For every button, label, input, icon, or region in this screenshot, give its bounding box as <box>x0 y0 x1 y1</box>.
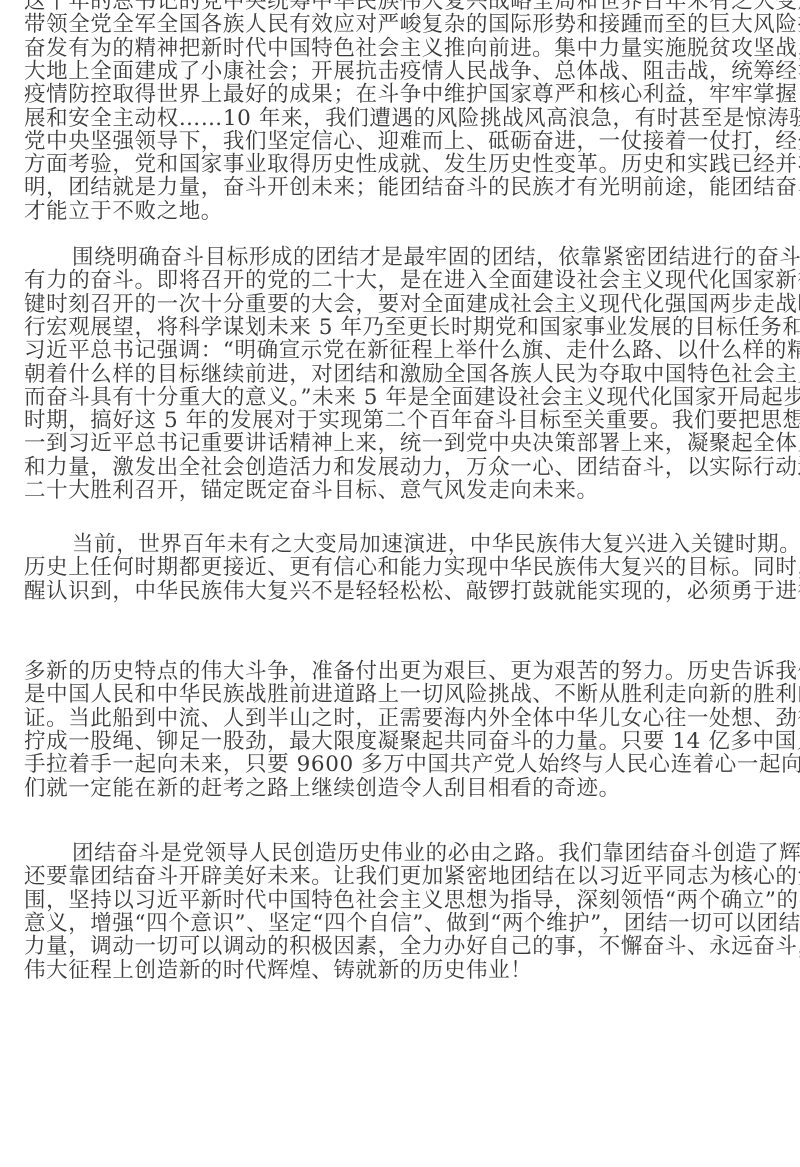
text-line: 一到习近平总书记重要讲话精神上来，统一到党中央决策部署上来，凝聚起全体人民智慧 <box>24 432 776 456</box>
text-line: 团结奋斗是党领导人民创造历史伟业的必由之路。我们靠团结奋斗创造了辉煌历史， <box>24 842 776 866</box>
text-line: 和力量，激发出全社会创造活力和发展动力，万众一心、团结奋斗，以实际行动迎接党的 <box>24 456 776 480</box>
text-line: 围绕明确奋斗目标形成的团结才是最牢固的团结，依靠紧密团结进行的奋斗才是最 <box>24 246 776 270</box>
text-line: 奋发有为的精神把新时代中国特色社会主义推向前进。集中力量实施脱贫攻坚战，在中华 <box>24 37 776 61</box>
text-line: 证。当此船到中流、人到半山之时，正需要海内外全体中华儿女心往一处想、劲往一处使， <box>24 707 776 731</box>
text-line: 键时刻召开的一次十分重要的大会，要对全面建成社会主义现代化强国两步走战略安排进 <box>24 293 776 317</box>
text-line: 伟大征程上创造新的时代辉煌、铸就新的历史伟业！ <box>24 959 532 983</box>
text-line: 有力的奋斗。即将召开的党的二十大，是在进入全面建设社会主义现代化国家新征程的关 <box>24 269 776 293</box>
text-line: 大地上全面建成了小康社会；开展抗击疫情人民战争、总体战、阻击战，统筹经济发展和 <box>24 60 776 84</box>
text-line: 多新的历史特点的伟大斗争，准备付出更为艰巨、更为艰苦的努力。历史告诉我们，团结 <box>24 660 776 684</box>
text-line: 手拉着手一起向未来，只要 9600 多万中国共产党人始终与人民心连着心一起向未来… <box>24 753 776 777</box>
text-line: 醒认识到，中华民族伟大复兴不是轻轻松松、敲锣打鼓就能实现的，必须勇于进行具有许 <box>24 580 800 604</box>
text-line: 历史上任何时期都更接近、更有信心和能力实现中华民族伟大复兴的目标。同时，我们清 <box>24 556 776 580</box>
text-line: 疫情防控取得世界上最好的成果；在斗争中维护国家尊严和核心利益，牢牢掌握了我国发 <box>24 83 776 107</box>
text-line: 党中央坚强领导下，我们坚定信心、迎难而上、砥砺奋进，一仗接着一仗打，经受住了多 <box>24 130 776 154</box>
text-line: 习近平总书记强调：“明确宣示党在新征程上举什么旗、走什么路、以什么样的精神状态、 <box>24 339 776 363</box>
text-line: 方面考验，党和国家事业取得历史性成就、发生历史性变革。历史和实践已经并将继续证 <box>24 153 776 177</box>
text-line: 力量，调动一切可以调动的积极因素，全力办好自己的事，不懈奋斗、永远奋斗，在新的 <box>24 935 776 959</box>
text-line: 而奋斗具有十分重大的意义。”未来 5 年是全面建设社会主义现代化国家开局起步的关… <box>24 386 776 410</box>
text-line: 行宏观展望，将科学谋划未来 5 年乃至更长时期党和国家事业发展的目标任务和大政方… <box>24 316 776 340</box>
text-line: 二十大胜利召开，锚定既定奋斗目标、意气风发走向未来。 <box>24 479 599 503</box>
text-line: 意义，增强“四个意识”、坚定“四个自信”、做到“两个维护”，团结一切可以团结的 <box>24 912 776 936</box>
text-line: 展和安全主动权……10 年来，我们遭遇的风险挑战风高浪急，有时甚至是惊涛骇浪，在 <box>24 107 776 131</box>
text-line: 带领全党全军全国各族人民有效应对严峻复杂的国际形势和接踵而至的巨大风险挑战，以 <box>24 13 776 37</box>
text-line: 围，坚持以习近平新时代中国特色社会主义思想为指导，深刻领悟“两个确立”的决定性 <box>24 889 776 913</box>
text-line: 们就一定能在新的赶考之路上继续创造令人刮目相看的奇迹。 <box>24 777 621 801</box>
text-line: 时期，搞好这 5 年的发展对于实现第二个百年奋斗目标至关重要。我们要把思想和行动… <box>24 409 776 433</box>
text-line: 明，团结就是力量，奋斗开创未来；能团结奋斗的民族才有光明前途，能团结奋斗的政党 <box>24 176 776 200</box>
text-line: 朝着什么样的目标继续前进，对团结和激励全国各族人民为夺取中国特色社会主义新胜利 <box>24 363 776 387</box>
text-line: 拧成一股绳、铆足一股劲，最大限度凝聚起共同奋斗的力量。只要 14 亿多中国人民始… <box>24 730 776 754</box>
text-line: 才能立于不败之地。 <box>24 200 223 224</box>
text-line: 当前，世界百年未有之大变局加速演进，中华民族伟大复兴进入关键时期。我们比 <box>24 533 776 557</box>
text-line: 是中国人民和中华民族战胜前进道路上一切风险挑战、不断从胜利走向新的胜利的重要保 <box>24 683 776 707</box>
text-line: 还要靠团结奋斗开辟美好未来。让我们更加紧密地团结在以习近平同志为核心的党中央周 <box>24 865 776 889</box>
